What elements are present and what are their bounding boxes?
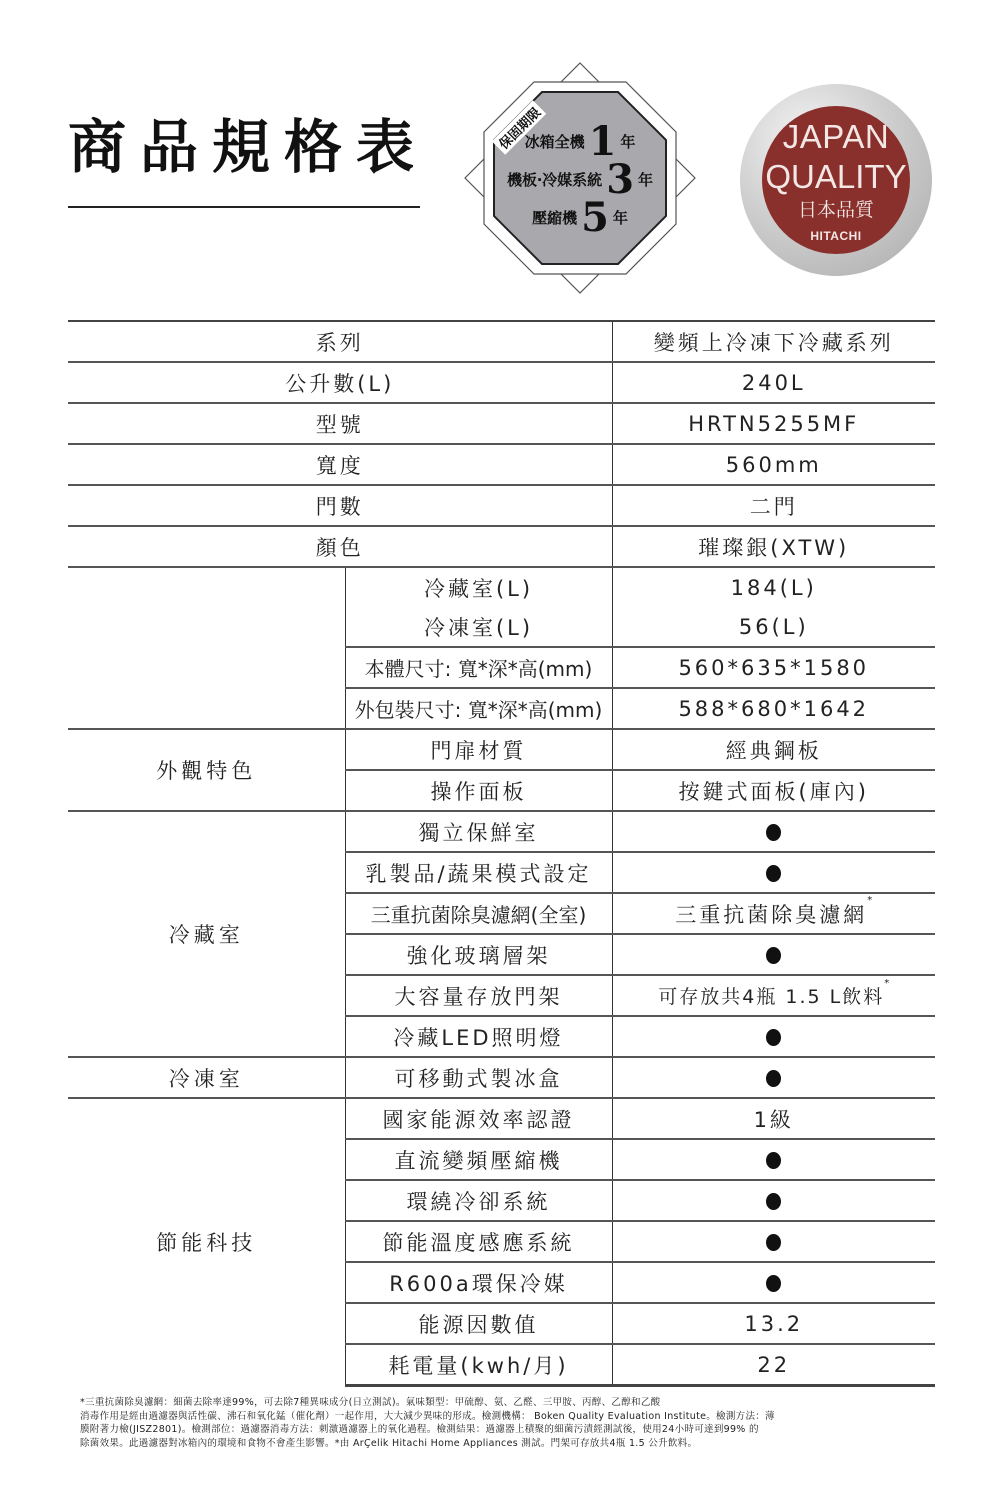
seal-line-jp: 日本品質 (762, 201, 910, 220)
warranty-label: 冰箱全機 (525, 133, 585, 151)
table-row: 顏色 璀璨銀(XTW) (68, 526, 935, 567)
spec-label: 環繞冷卻系統 (345, 1180, 612, 1221)
warranty-label: 壓縮機 (532, 209, 577, 227)
spec-value: 184(L) (612, 567, 935, 607)
spec-label: 強化玻璃層架 (345, 934, 612, 975)
table-row: 寬度 560mm (68, 444, 935, 485)
spec-label: R600a環保冷媒 (345, 1262, 612, 1303)
group-energy: 節能科技 (68, 1098, 345, 1386)
warranty-label: 機板‧冷媒系統 (507, 171, 602, 189)
spec-value: 按鍵式面板(庫內) (612, 770, 935, 811)
footnote-line: 膜附著力檢(JISZ2801)。檢測部位：過濾器消毒方法：刺激過濾器上的氧化過程… (80, 1423, 940, 1437)
feature-dot-icon (766, 1152, 781, 1169)
group-fridge: 冷藏室 (68, 811, 345, 1057)
warranty-badge: 保固期限 冰箱全機1年 機板‧冷媒系統3年 壓縮機5年 (462, 60, 698, 296)
spec-label: 型號 (68, 403, 612, 444)
table-row: 門數 二門 (68, 485, 935, 526)
spec-value (612, 1057, 935, 1098)
spec-value: 三重抗菌除臭濾網* (612, 893, 935, 934)
seal-brand: HITACHI (762, 230, 910, 242)
feature-dot-icon (766, 865, 781, 882)
table-row: 公升數(L) 240L (68, 362, 935, 403)
spec-label: 獨立保鮮室 (345, 811, 612, 852)
warranty-line-compressor: 壓縮機5年 (462, 194, 698, 241)
spec-label: 三重抗菌除臭濾網(全室) (345, 893, 612, 934)
spec-label: 操作面板 (345, 770, 612, 811)
spec-label: 公升數(L) (68, 362, 612, 403)
spec-value: 13.2 (612, 1303, 935, 1344)
spec-value: 560mm (612, 444, 935, 485)
footnotes: *三重抗菌除臭濾網：細菌去除率達99%，可去除7種異味成分(日立測試)。氣味類型… (80, 1396, 940, 1450)
table-row: 節能科技 國家能源效率認證 1級 (68, 1098, 935, 1139)
spec-label: 門數 (68, 485, 612, 526)
group-appearance: 外觀特色 (68, 729, 345, 811)
seal-center: JAPAN QUALITY 日本品質 HITACHI (762, 106, 910, 254)
seal-line-quality: QUALITY (762, 160, 910, 193)
spec-value (612, 852, 935, 893)
warranty-unit: 年 (638, 171, 653, 189)
seal-line-japan: JAPAN (762, 120, 910, 153)
spec-label: 門扉材質 (345, 729, 612, 770)
spec-value-text: 三重抗菌除臭濾網 (675, 903, 867, 927)
feature-dot-icon (766, 1234, 781, 1251)
warranty-years: 5 (581, 194, 609, 241)
table-row: 冷藏室 獨立保鮮室 (68, 811, 935, 852)
spec-value (612, 934, 935, 975)
footnote-line: *三重抗菌除臭濾網：細菌去除率達99%，可去除7種異味成分(日立測試)。氣味類型… (80, 1396, 940, 1410)
spec-value: 變頻上冷凍下冷藏系列 (612, 321, 935, 362)
spec-label: 冷藏LED照明燈 (345, 1016, 612, 1057)
spec-label: 系列 (68, 321, 612, 362)
table-row: 冷凍室 可移動式製冰盒 (68, 1057, 935, 1098)
spec-value (612, 1262, 935, 1303)
page-title: 商品規格表 (68, 118, 428, 176)
spec-table: 系列 變頻上冷凍下冷藏系列 公升數(L) 240L 型號 HRTN5255MF … (68, 320, 935, 1387)
spec-label: 顏色 (68, 526, 612, 567)
spec-value: 240L (612, 362, 935, 403)
spec-value: 56(L) (612, 607, 935, 647)
table-row: 型號 HRTN5255MF (68, 403, 935, 444)
feature-dot-icon (766, 824, 781, 841)
spec-value: 璀璨銀(XTW) (612, 526, 935, 567)
spec-value: 560*635*1580 (612, 647, 935, 688)
footnote-line: 除菌效果。此過濾器對冰箱內的環境和食物不會產生影響。*由 ArÇelik Hit… (80, 1437, 940, 1451)
spec-label: 冷藏室(L) (345, 567, 612, 607)
spec-value-text: 可存放共4瓶 1.5 L飲料 (658, 986, 884, 1008)
spec-label: 寬度 (68, 444, 612, 485)
spec-label: 冷凍室(L) (345, 607, 612, 647)
group-blank (68, 567, 345, 729)
spec-value (612, 811, 935, 852)
spec-label: 外包裝尺寸: 寬*深*高(mm) (345, 688, 612, 729)
spec-value: 經典鋼板 (612, 729, 935, 770)
spec-label: 直流變頻壓縮機 (345, 1139, 612, 1180)
spec-value (612, 1016, 935, 1057)
spec-value: HRTN5255MF (612, 403, 935, 444)
spec-value: 1級 (612, 1098, 935, 1139)
footnote-line: 消毒作用是經由過濾器與活性碳、沸石和氧化錳（催化劑）一起作用，大大減少異味的形成… (80, 1410, 940, 1424)
feature-dot-icon (766, 1029, 781, 1046)
spec-value: 可存放共4瓶 1.5 L飲料* (612, 975, 935, 1016)
spec-label: 本體尺寸: 寬*深*高(mm) (345, 647, 612, 688)
feature-dot-icon (766, 947, 781, 964)
spec-label: 國家能源效率認證 (345, 1098, 612, 1139)
feature-dot-icon (766, 1193, 781, 1210)
warranty-unit: 年 (620, 133, 635, 151)
spec-label: 乳製品/蔬果模式設定 (345, 852, 612, 893)
feature-dot-icon (766, 1070, 781, 1087)
spec-value (612, 1221, 935, 1262)
spec-value: 588*680*1642 (612, 688, 935, 729)
spec-label: 大容量存放門架 (345, 975, 612, 1016)
table-row: 冷藏室(L) 184(L) (68, 567, 935, 607)
spec-label: 可移動式製冰盒 (345, 1057, 612, 1098)
warranty-unit: 年 (613, 209, 628, 227)
feature-dot-icon (766, 1275, 781, 1292)
spec-value: 二門 (612, 485, 935, 526)
table-row: 系列 變頻上冷凍下冷藏系列 (68, 321, 935, 362)
spec-label: 節能溫度感應系統 (345, 1221, 612, 1262)
spec-value: 22 (612, 1344, 935, 1386)
table-row: 外觀特色 門扉材質 經典鋼板 (68, 729, 935, 770)
spec-label: 耗電量(kwh/月) (345, 1344, 612, 1386)
spec-value (612, 1139, 935, 1180)
title-underline (68, 206, 420, 208)
group-freezer: 冷凍室 (68, 1057, 345, 1098)
footnote-mark: * (884, 978, 889, 989)
footnote-mark: * (867, 895, 872, 906)
spec-value (612, 1180, 935, 1221)
japan-quality-seal: JAPAN QUALITY 日本品質 HITACHI (740, 84, 932, 276)
spec-label: 能源因數值 (345, 1303, 612, 1344)
